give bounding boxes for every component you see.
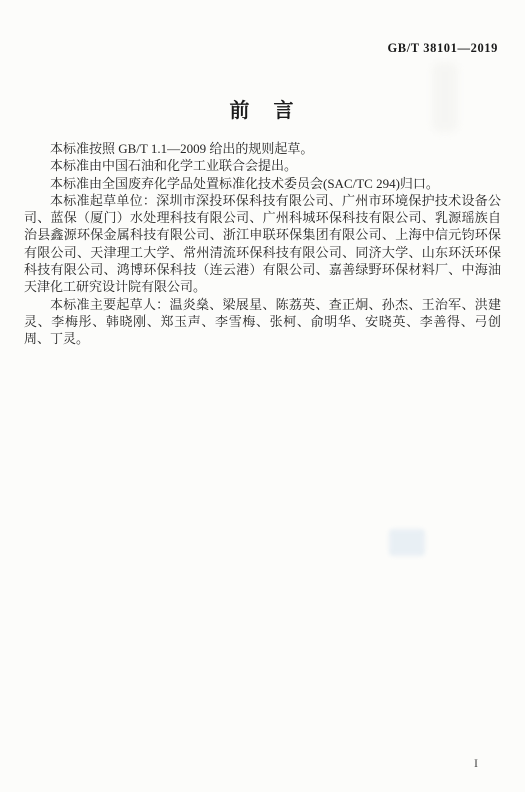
foreword-body: 本标准按照 GB/T 1.1—2009 给出的规则起草。 本标准由中国石油和化学… (24, 140, 501, 348)
page-title: 前 言 (0, 94, 525, 123)
paragraph-drafters: 本标准主要起草人：温炎燊、梁展星、陈荔英、查正炯、孙杰、王治军、洪建灵、李梅彤、… (24, 296, 501, 348)
paragraph-committee: 本标准由全国废弃化学品处置标准化技术委员会(SAC/TC 294)归口。 (24, 175, 501, 192)
watermark-smudge (389, 529, 425, 556)
document-page: GB/T 38101—2019 前 言 本标准按照 GB/T 1.1—2009 … (0, 0, 525, 792)
paragraph-drafting-organizations: 本标准起草单位：深圳市深投环保科技有限公司、广州市环境保护技术设备公司、蓝保（厦… (24, 192, 501, 296)
page-number: I (474, 756, 478, 771)
paragraph-drafting-rule: 本标准按照 GB/T 1.1—2009 给出的规则起草。 (24, 140, 501, 157)
paragraph-proposer: 本标准由中国石油和化学工业联合会提出。 (24, 157, 501, 174)
standard-code: GB/T 38101—2019 (387, 41, 498, 56)
